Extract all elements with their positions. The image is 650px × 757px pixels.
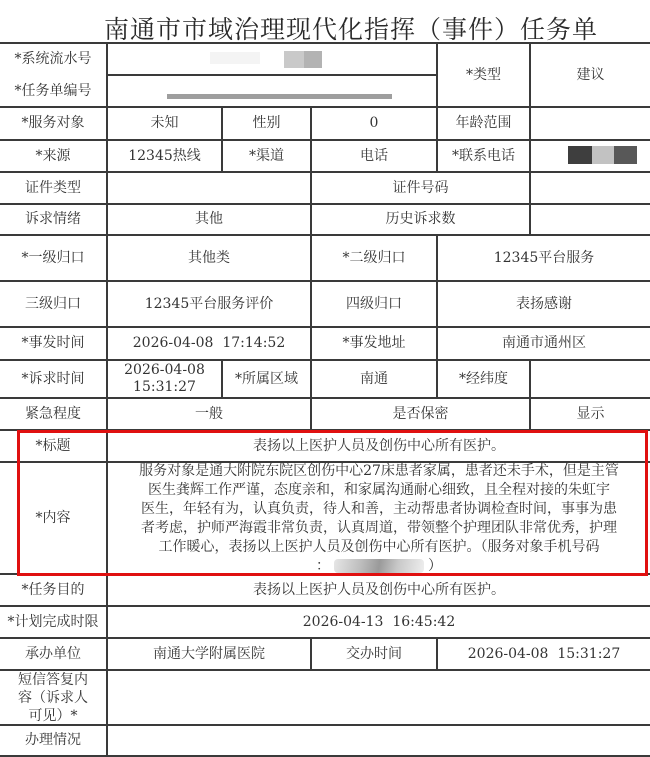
incident-time-label: *事发时间 xyxy=(0,328,106,359)
region-value: 南通 xyxy=(312,361,436,397)
age-range-label: 年龄范围 xyxy=(438,108,529,139)
service-target-label: *服务对象 xyxy=(0,108,106,139)
handling-unit-value: 南通大学附属医院 xyxy=(108,639,310,669)
urgency-label: 紧急程度 xyxy=(0,399,106,429)
content-line-phone: ：） xyxy=(110,557,648,576)
subject-label: *标题 xyxy=(0,431,106,461)
contact-phone-label: *联系电话 xyxy=(438,141,529,171)
handling-status-label: 办理情况 xyxy=(0,726,106,755)
confidential-label: 是否保密 xyxy=(312,399,529,429)
type-value: 建议 xyxy=(531,44,650,106)
type-label: *类型 xyxy=(438,44,529,106)
source-value: 12345热线 xyxy=(108,141,221,171)
id-number-label: 证件号码 xyxy=(312,173,529,203)
content-label: *内容 xyxy=(0,463,106,573)
serial-no-label: *系统流水号 xyxy=(0,44,106,74)
content-line: 工作暖心，表扬以上医护人员及创伤中心所有医护。（服务对象手机号码 xyxy=(110,538,648,557)
purpose-value: 表扬以上医护人员及创伤中心所有医护。 xyxy=(108,575,650,605)
level2-value: 12345平台服务 xyxy=(438,236,650,280)
incident-time-value: 2026-04-08 17:14:52 xyxy=(108,328,310,359)
id-type-label: 证件类型 xyxy=(0,173,106,203)
confidential-value: 显示 xyxy=(531,399,650,429)
content-line: 服务对象是通大附院东院区创伤中心27床患者家属，患者还未手术，但是主管 xyxy=(110,462,648,481)
request-time-clock: 15:31:27 xyxy=(133,379,196,396)
emotion-label: 诉求情绪 xyxy=(0,205,106,234)
gender-label: 性别 xyxy=(223,108,310,139)
level1-label: *一级归口 xyxy=(0,236,106,280)
source-label: *来源 xyxy=(0,141,106,171)
incident-address-value: 南通市通州区 xyxy=(438,328,650,359)
emotion-value: 其他 xyxy=(108,205,310,234)
level1-value: 其他类 xyxy=(108,236,310,280)
document-title: 南通市市域治理现代化指挥（事件）任务单 xyxy=(104,10,598,46)
channel-value: 电话 xyxy=(312,141,436,171)
task-no-label: *任务单编号 xyxy=(0,76,106,106)
region-label: *所属区域 xyxy=(223,361,310,397)
urgency-value: 一般 xyxy=(108,399,310,429)
request-time-date: 2026-04-08 xyxy=(124,362,205,379)
redacted-phone-blur xyxy=(334,559,424,573)
history-count-label: 历史诉求数 xyxy=(312,205,529,234)
assign-time-label: 交办时间 xyxy=(312,639,436,669)
id-type-value xyxy=(108,173,310,203)
content-value: 服务对象是通大附院东院区创伤中心27床患者家属，患者还未手术，但是主管 医生龚辉… xyxy=(110,462,648,576)
level4-label: 四级归口 xyxy=(312,282,436,326)
level2-label: *二级归口 xyxy=(312,236,436,280)
coordinates-label: *经纬度 xyxy=(438,361,529,397)
request-time-label: *诉求时间 xyxy=(0,361,106,397)
history-count-value xyxy=(531,205,650,234)
age-range-value xyxy=(531,108,650,139)
handling-unit-label: 承办单位 xyxy=(0,639,106,669)
service-target-value: 未知 xyxy=(108,108,221,139)
incident-address-label: *事发地址 xyxy=(312,328,436,359)
gender-value: 0 xyxy=(312,108,436,139)
task-no-value-redacted xyxy=(167,94,392,99)
deadline-label: *计划完成时限 xyxy=(0,607,106,637)
subject-value: 表扬以上医护人员及创伤中心所有医护。 xyxy=(108,431,650,461)
request-time-value: 2026-04-08 15:31:27 xyxy=(108,361,221,397)
assign-time-value: 2026-04-08 15:31:27 xyxy=(438,639,650,669)
handling-status-value xyxy=(108,726,650,755)
level3-label: 三级归口 xyxy=(0,282,106,326)
coordinates-value xyxy=(531,361,650,397)
deadline-value: 2026-04-13 16:45:42 xyxy=(108,607,650,637)
level3-value: 12345平台服务评价 xyxy=(108,282,310,326)
sms-reply-label: 短信答复内 容（诉求人 可见）* xyxy=(0,671,106,724)
content-line: 医生龚辉工作严谨，态度亲和，和家属沟通耐心细致，且全程对接的朱虹宇 xyxy=(110,481,648,500)
level4-value: 表扬感谢 xyxy=(438,282,650,326)
content-line: 者考虑，护师严海霞非常负责，认真周道，带领整个护理团队非常优秀，护理 xyxy=(110,519,648,538)
content-line: 医生，年轻有为，认真负责，待人和善，主动帮患者协调检查时间，事事为患 xyxy=(110,500,648,519)
id-number-value xyxy=(531,173,650,203)
sms-reply-value xyxy=(108,671,650,724)
purpose-label: *任务目的 xyxy=(0,575,106,605)
channel-label: *渠道 xyxy=(223,141,310,171)
